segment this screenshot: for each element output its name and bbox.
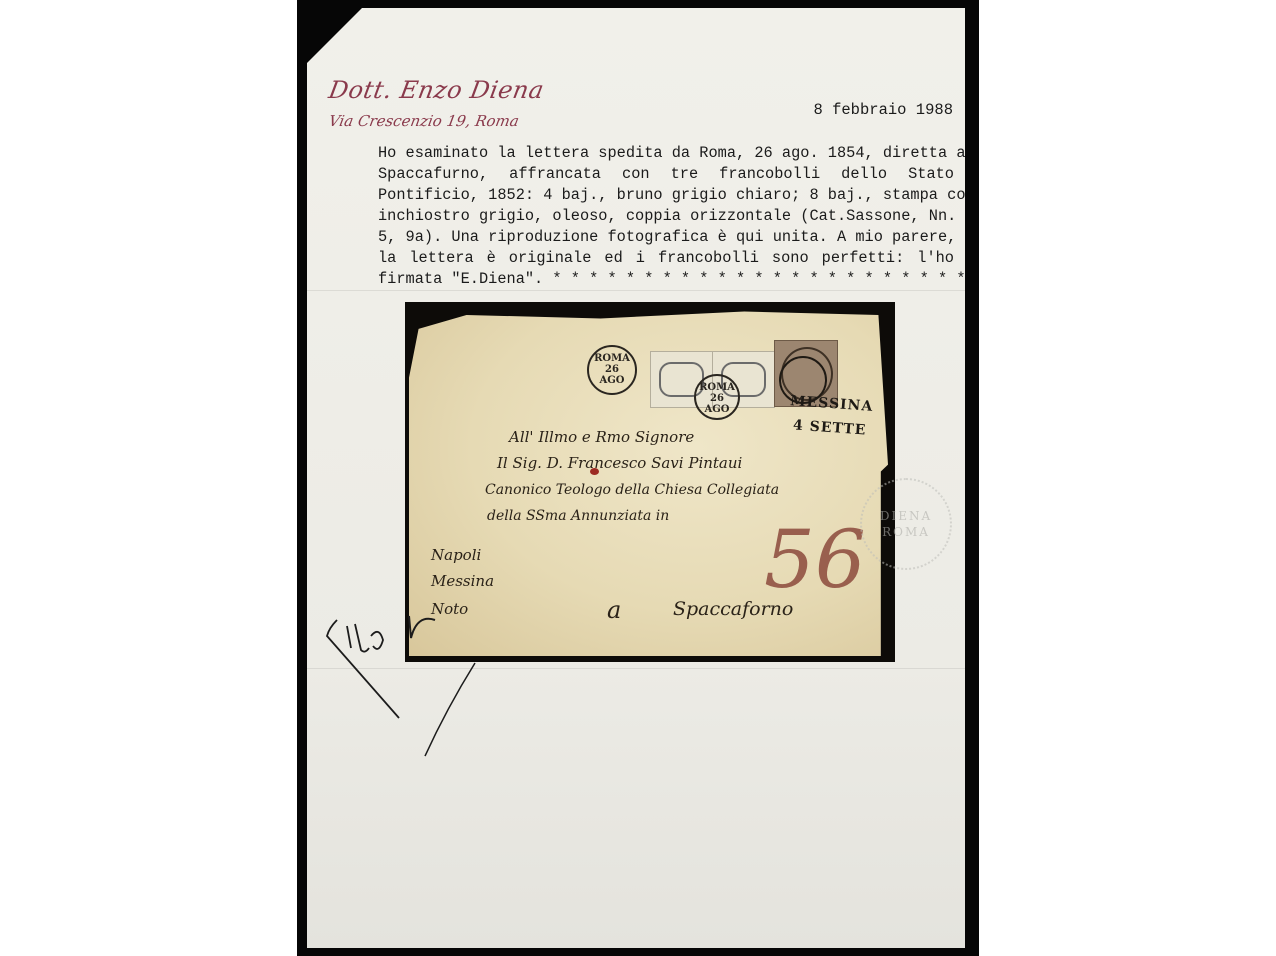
transit-mark: 4 SETTE [793,417,867,438]
body-line: Spaccafurno, affrancata con tre francobo… [378,164,954,185]
address-line: All' Illmo e Rmo Signore [509,428,694,446]
body-line: inchiostro grigio, oleoso, coppia orizzo… [378,206,954,227]
certificate-date: 8 febbraio 1988 [813,101,953,119]
address-line: Noto [431,600,468,618]
embossed-seal: DIENA ROMA [860,478,952,570]
address-line: Canonico Teologo della Chiesa Collegiata [485,482,779,498]
transit-mark: MESSINA [790,393,874,415]
body-line: 5, 9a). Una riproduzione fotografica è q… [378,227,954,248]
destination: Spaccaforno [673,598,793,620]
body-line: Ho esaminato la lettera spedita da Roma,… [378,143,954,164]
body-line: la lettera è originale ed i francobolli … [378,248,954,269]
expert-address: Via Crescenzio 19, Roma [327,112,545,130]
route-mark: a [607,596,621,624]
fold-line [307,290,965,291]
cover-photograph: ROMA 26 AGO ROMA 26 AGO MESSINA 4 SETTE … [405,302,895,662]
address-line: della SSma Annunziata in [487,508,669,524]
expert-name: Dott. Enzo Diena [327,76,547,104]
certificate-sheet: Dott. Enzo Diena Via Crescenzio 19, Roma… [307,8,965,948]
certificate-body: Ho esaminato la lettera spedita da Roma,… [378,143,954,290]
envelope: ROMA 26 AGO ROMA 26 AGO MESSINA 4 SETTE … [409,308,888,656]
address-line: Napoli [431,546,481,564]
letterhead: Dott. Enzo Diena Via Crescenzio 19, Roma [329,76,544,130]
address-line: Messina [431,572,494,590]
postmark-roma: ROMA 26 AGO [587,345,637,395]
body-line: firmata "E.Diena". * * * * * * * * * * *… [378,269,954,290]
address-line: Il Sig. D. Francesco Savi Pintaui [497,454,742,472]
postmark-roma: ROMA 26 AGO [694,374,740,420]
fold-line [307,668,965,669]
body-line: Pontificio, 1852: 4 baj., bruno grigio c… [378,185,954,206]
charge-mark: 56 [764,513,866,606]
